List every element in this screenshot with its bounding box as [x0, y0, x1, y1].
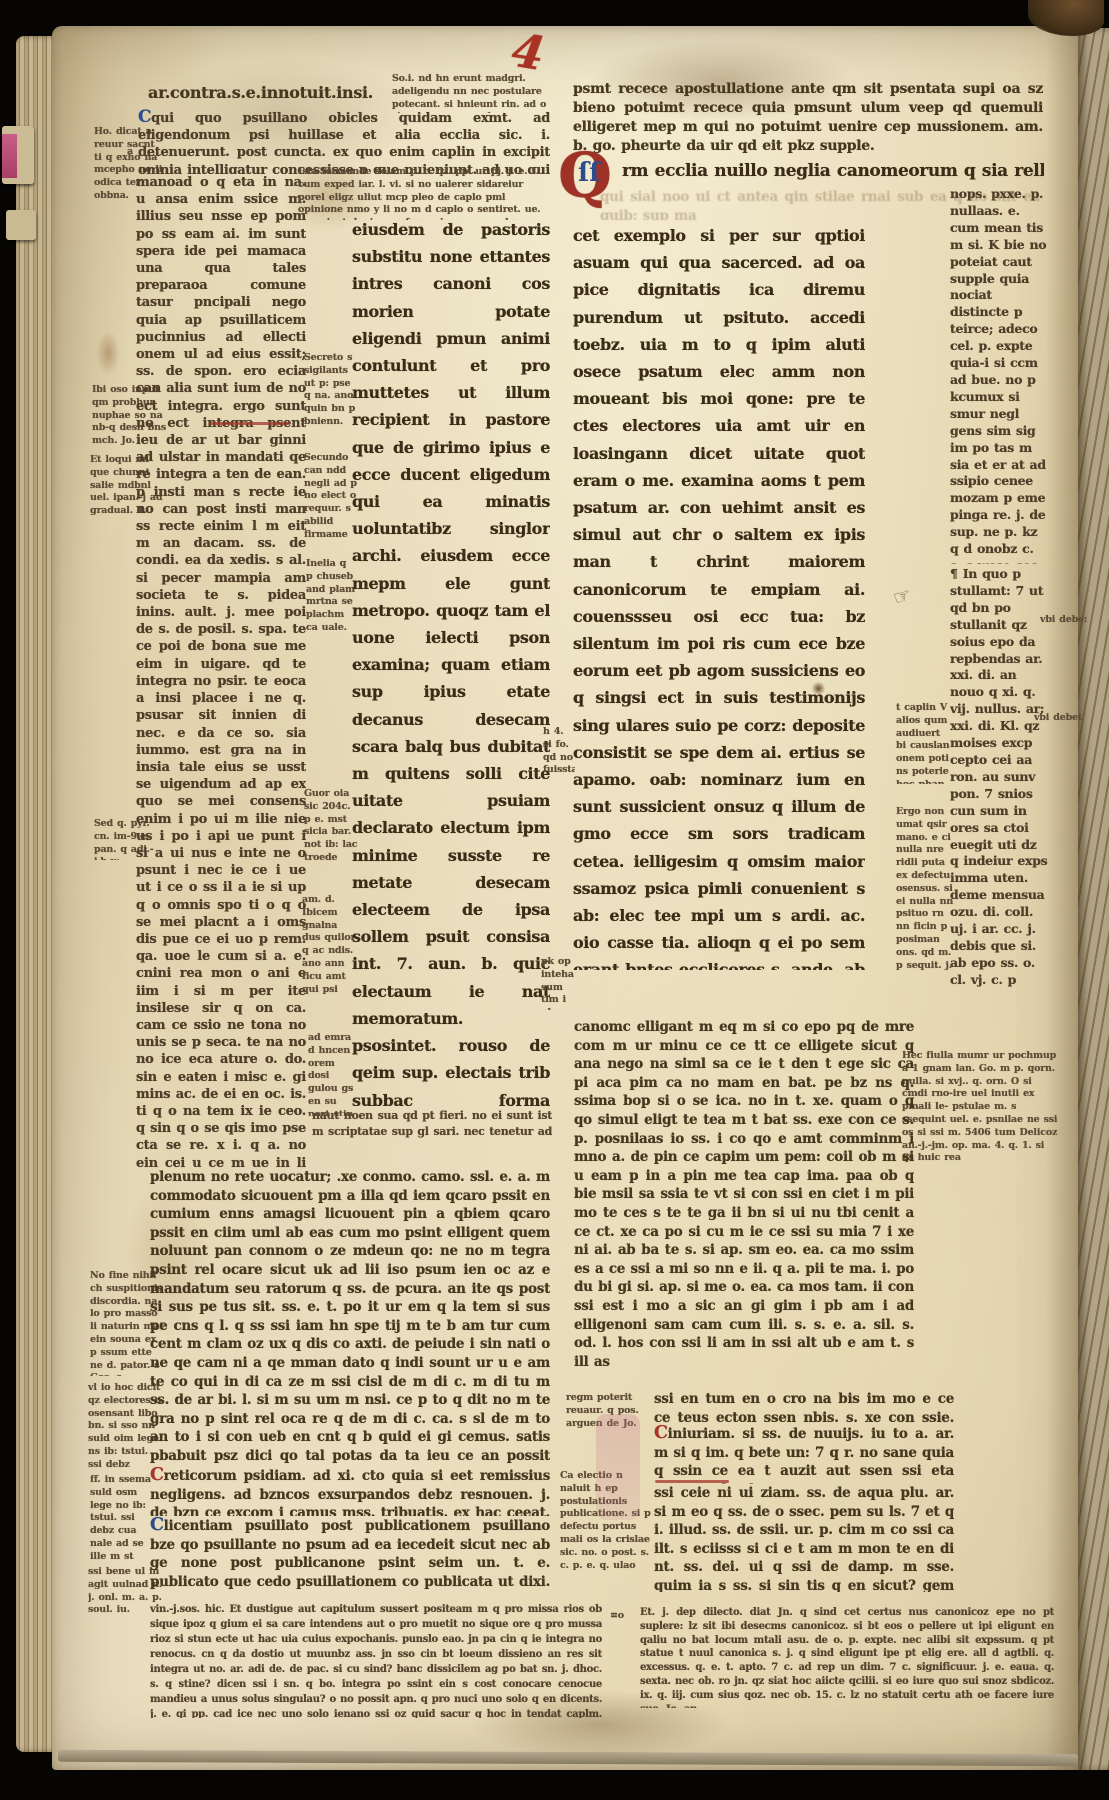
right-top-commentary: psmt recece apostullatione ante qm sit p… — [573, 80, 1043, 158]
gutter-shadow — [1046, 28, 1080, 1770]
note-secreto: Secreto s sigilants ut p: pse q na. ano … — [304, 352, 356, 426]
faded-pink-initial — [596, 1414, 640, 1520]
lower-right-paragraph-4: ssi ceie ni ui ziam. ss. de aqua plu. ar… — [654, 1484, 954, 1592]
bottom-left-apparatus: vin.-j.sos. hic. Et dustigue aut capitul… — [150, 1602, 602, 1718]
facing-page-sliver — [1078, 28, 1109, 1770]
gloss-ista-note: Ista formande solam p. c. qz. pp. ur pj.… — [298, 166, 550, 220]
note-inelia: Inelia q p chuseb and plam mrtna se plac… — [306, 558, 356, 630]
lower-right-paragraph-2: ssi en tum en o cro na bis im mo e ce ce… — [654, 1390, 954, 1424]
gloss-column-left: manoad o q eta in na. u ansa enim ssice … — [136, 174, 306, 1172]
lower-left-paragraph-1: plenum no rete uocatur; .xe conmo. camo.… — [150, 1168, 550, 1466]
scribal-dash-mark: ≡o — [610, 1610, 640, 1624]
header-citation: ar.contra.s.e.innotuit.insi. — [148, 84, 416, 108]
main-text-column-right: cet exemplo si per sur qptioi asuam qui … — [573, 222, 865, 970]
initial-Q-blue-flourish: ſſ — [578, 158, 606, 198]
manuscript-photo: { "page": { "folio_mark": "4" }, "header… — [0, 0, 1109, 1800]
pink-bookmark-tab — [2, 134, 17, 178]
note-adem: ad emra d hncen orem dosi gulou gs en su… — [308, 1032, 358, 1116]
parchment-tab — [6, 210, 36, 240]
lower-left-paragraph-2: Creticorum psidiam. ad xi. cto quia si e… — [150, 1466, 550, 1516]
bottom-right-apparatus: Et. j. dep dilecto. diat Jn. q sind cet … — [640, 1606, 1054, 1708]
margin-note-ergo: Ergo non umat qsir mano. e ci nulla nre … — [896, 806, 954, 974]
gutter-note-h4: h 4. si fo. qd no fuissta luci. p — [543, 726, 575, 776]
main-text-column-left: eiusdem de pastoris substitu none ettant… — [352, 216, 550, 1106]
note-secundo: Secundo can ndd negli ad p no elect o re… — [304, 452, 358, 538]
gutter-note-pk: pk op inteha sum tim i ple — [541, 956, 575, 1010]
lower-right-paragraph-3: Ciniuriam. si ss. de nuuijs. iu to a. ar… — [654, 1424, 954, 1484]
header-interlinear-note: So.i. nd hn erunt madgri. adeligendu nn … — [392, 73, 560, 113]
margin-note-caplin: t caplin V alios qum audiuert bi causlan… — [896, 702, 952, 784]
right-gloss-column-a: nops. pxxe. p. nullaas. e. cum mean tis … — [950, 186, 1048, 564]
margin-note-vbi-2: vbi debet — [1034, 712, 1098, 727]
lower-left-paragraph-3: Clicentiam psuillato post publicationem … — [150, 1516, 550, 1592]
chapter-incipit-line: rm ecclia nuillo neglia canomeorum q sia… — [622, 158, 1044, 188]
note-amd: am. d. Ibicem gnalna dus quilor q ac ndi… — [302, 894, 358, 996]
main-left-tail-gloss: naut noen sua qd pt fieri. no ei sunt is… — [312, 1108, 552, 1141]
right-margin-lower-column: Hec fiulla mumr ur pochmup a 1 gnam lan.… — [902, 1050, 1058, 1350]
right-gloss-column-b: ¶ In quo p stullamt: 7 ut qd bn po stull… — [950, 566, 1048, 990]
red-underline-gloss — [210, 422, 290, 425]
note-guor: Guor oia sic 204c. p e. mst sicia bar. n… — [304, 788, 358, 866]
gloss-intro-paragraph: Cqui quo psuillano obicles quidam exmt. … — [138, 108, 550, 174]
lower-right-paragraph-1: canomc elligant m eq m si co epo pq de m… — [574, 1018, 914, 1390]
red-underline-lower-right — [655, 1480, 729, 1483]
margin-note-vbi-1: vbi debe: — [1040, 614, 1102, 629]
